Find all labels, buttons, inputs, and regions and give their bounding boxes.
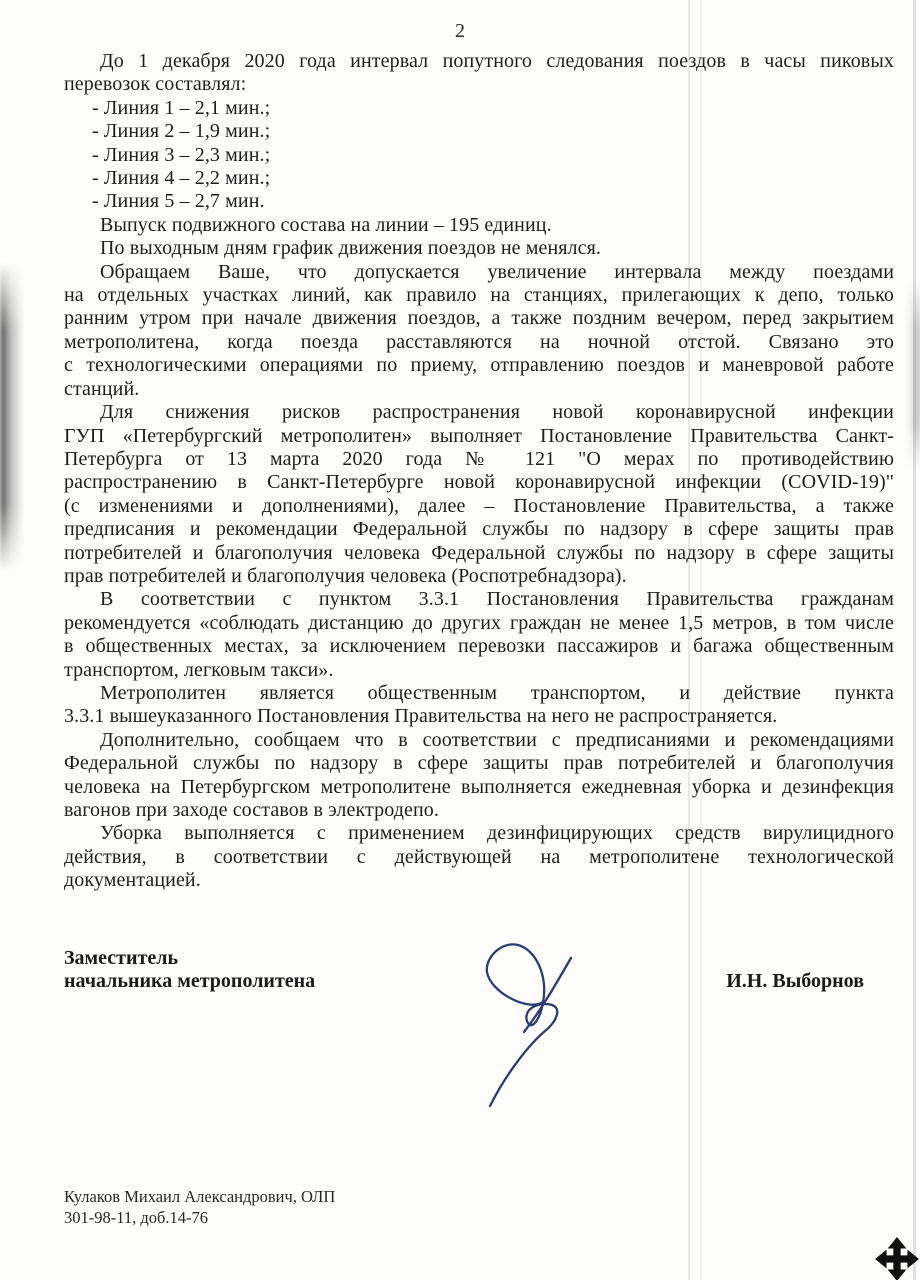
list-item: - Линия 1 – 2,1 мин.; bbox=[64, 97, 894, 120]
scan-shadow-left bbox=[0, 262, 24, 572]
text-line: Для снижения рисков распространения ново… bbox=[64, 401, 894, 424]
executor-info: Кулаков Михаил Александрович, ОЛП 301-98… bbox=[64, 1186, 335, 1228]
text-line: Федеральной службы по надзору в сфере за… bbox=[64, 752, 894, 775]
text-line: Уборка выполняется с применением дезинфи… bbox=[64, 822, 894, 845]
text-line: действия, в соответствии с действующей н… bbox=[64, 846, 894, 869]
text-line: Метрополитен является общественным транс… bbox=[64, 682, 894, 705]
signature-block: Заместитель начальника метрополитена И.Н… bbox=[64, 947, 864, 994]
list-item: - Линия 2 – 1,9 мин.; bbox=[64, 120, 894, 143]
list-item: - Линия 5 – 2,7 мин. bbox=[64, 190, 894, 213]
signatory-title-line2: начальника метрополитена bbox=[64, 970, 315, 993]
text-line: в общественных местах, за исключением пе… bbox=[64, 635, 894, 658]
text-line: По выходным дням график движения поездов… bbox=[64, 237, 894, 260]
text-line: ранним утром при начале движения поездов… bbox=[64, 307, 894, 330]
text-line: 3.3.1 вышеуказанного Постановления Прави… bbox=[64, 705, 894, 728]
text-line: ГУП «Петербургский метрополитен» выполня… bbox=[64, 425, 894, 448]
signatory-title: Заместитель начальника метрополитена bbox=[64, 947, 315, 994]
text-line: на отдельных участках линий, как правило… bbox=[64, 284, 894, 307]
text-line: предписания и рекомендации Федеральной с… bbox=[64, 518, 894, 541]
document-body: До 1 декабря 2020 года интервал попутног… bbox=[64, 50, 894, 893]
text-line: транспортом, легковым такси». bbox=[64, 659, 894, 682]
text-line: рекомендуется «соблюдать дистанцию до др… bbox=[64, 612, 894, 635]
text-line: потребителей и благополучия человека Фед… bbox=[64, 542, 894, 565]
executor-name: Кулаков Михаил Александрович, ОЛП bbox=[64, 1186, 335, 1207]
text-line: документацией. bbox=[64, 869, 894, 892]
move-icon[interactable] bbox=[874, 1236, 920, 1280]
text-line: с технологическими операциями по приему,… bbox=[64, 354, 894, 377]
text-line: Петербурга от 13 марта 2020 года № 121 "… bbox=[64, 448, 894, 471]
text-line: человека на Петербургском метрополитене … bbox=[64, 776, 894, 799]
text-line: станций. bbox=[64, 378, 894, 401]
text-line: прав потребителей и благополучия человек… bbox=[64, 565, 894, 588]
text-line: (с изменениями и дополнениями), далее – … bbox=[64, 495, 894, 518]
text-line: Обращаем Ваше, что допускается увеличени… bbox=[64, 261, 894, 284]
signatory-name: И.Н. Выборнов bbox=[726, 970, 864, 993]
text-line: вагонов при заходе составов в электродеп… bbox=[64, 799, 894, 822]
scan-streak bbox=[913, 0, 916, 1280]
text-line: распространению в Санкт-Петербурге новой… bbox=[64, 471, 894, 494]
text-line: В соответствии с пунктом 3.3.1 Постановл… bbox=[64, 588, 894, 611]
signatory-title-line1: Заместитель bbox=[64, 947, 315, 970]
text-line: Дополнительно, сообщаем что в соответств… bbox=[64, 729, 894, 752]
text-line: Выпуск подвижного состава на линии – 195… bbox=[64, 214, 894, 237]
scan-shadow-right bbox=[905, 280, 920, 470]
list-item: - Линия 3 – 2,3 мин.; bbox=[64, 144, 894, 167]
list-item: - Линия 4 – 2,2 мин.; bbox=[64, 167, 894, 190]
text-line: перевозок составлял: bbox=[64, 73, 894, 96]
text-line: метрополитена, когда поезда расставляютс… bbox=[64, 331, 894, 354]
text-line: До 1 декабря 2020 года интервал попутног… bbox=[64, 50, 894, 73]
executor-phone: 301-98-11, доб.14-76 bbox=[64, 1207, 335, 1228]
page-number: 2 bbox=[0, 20, 920, 43]
